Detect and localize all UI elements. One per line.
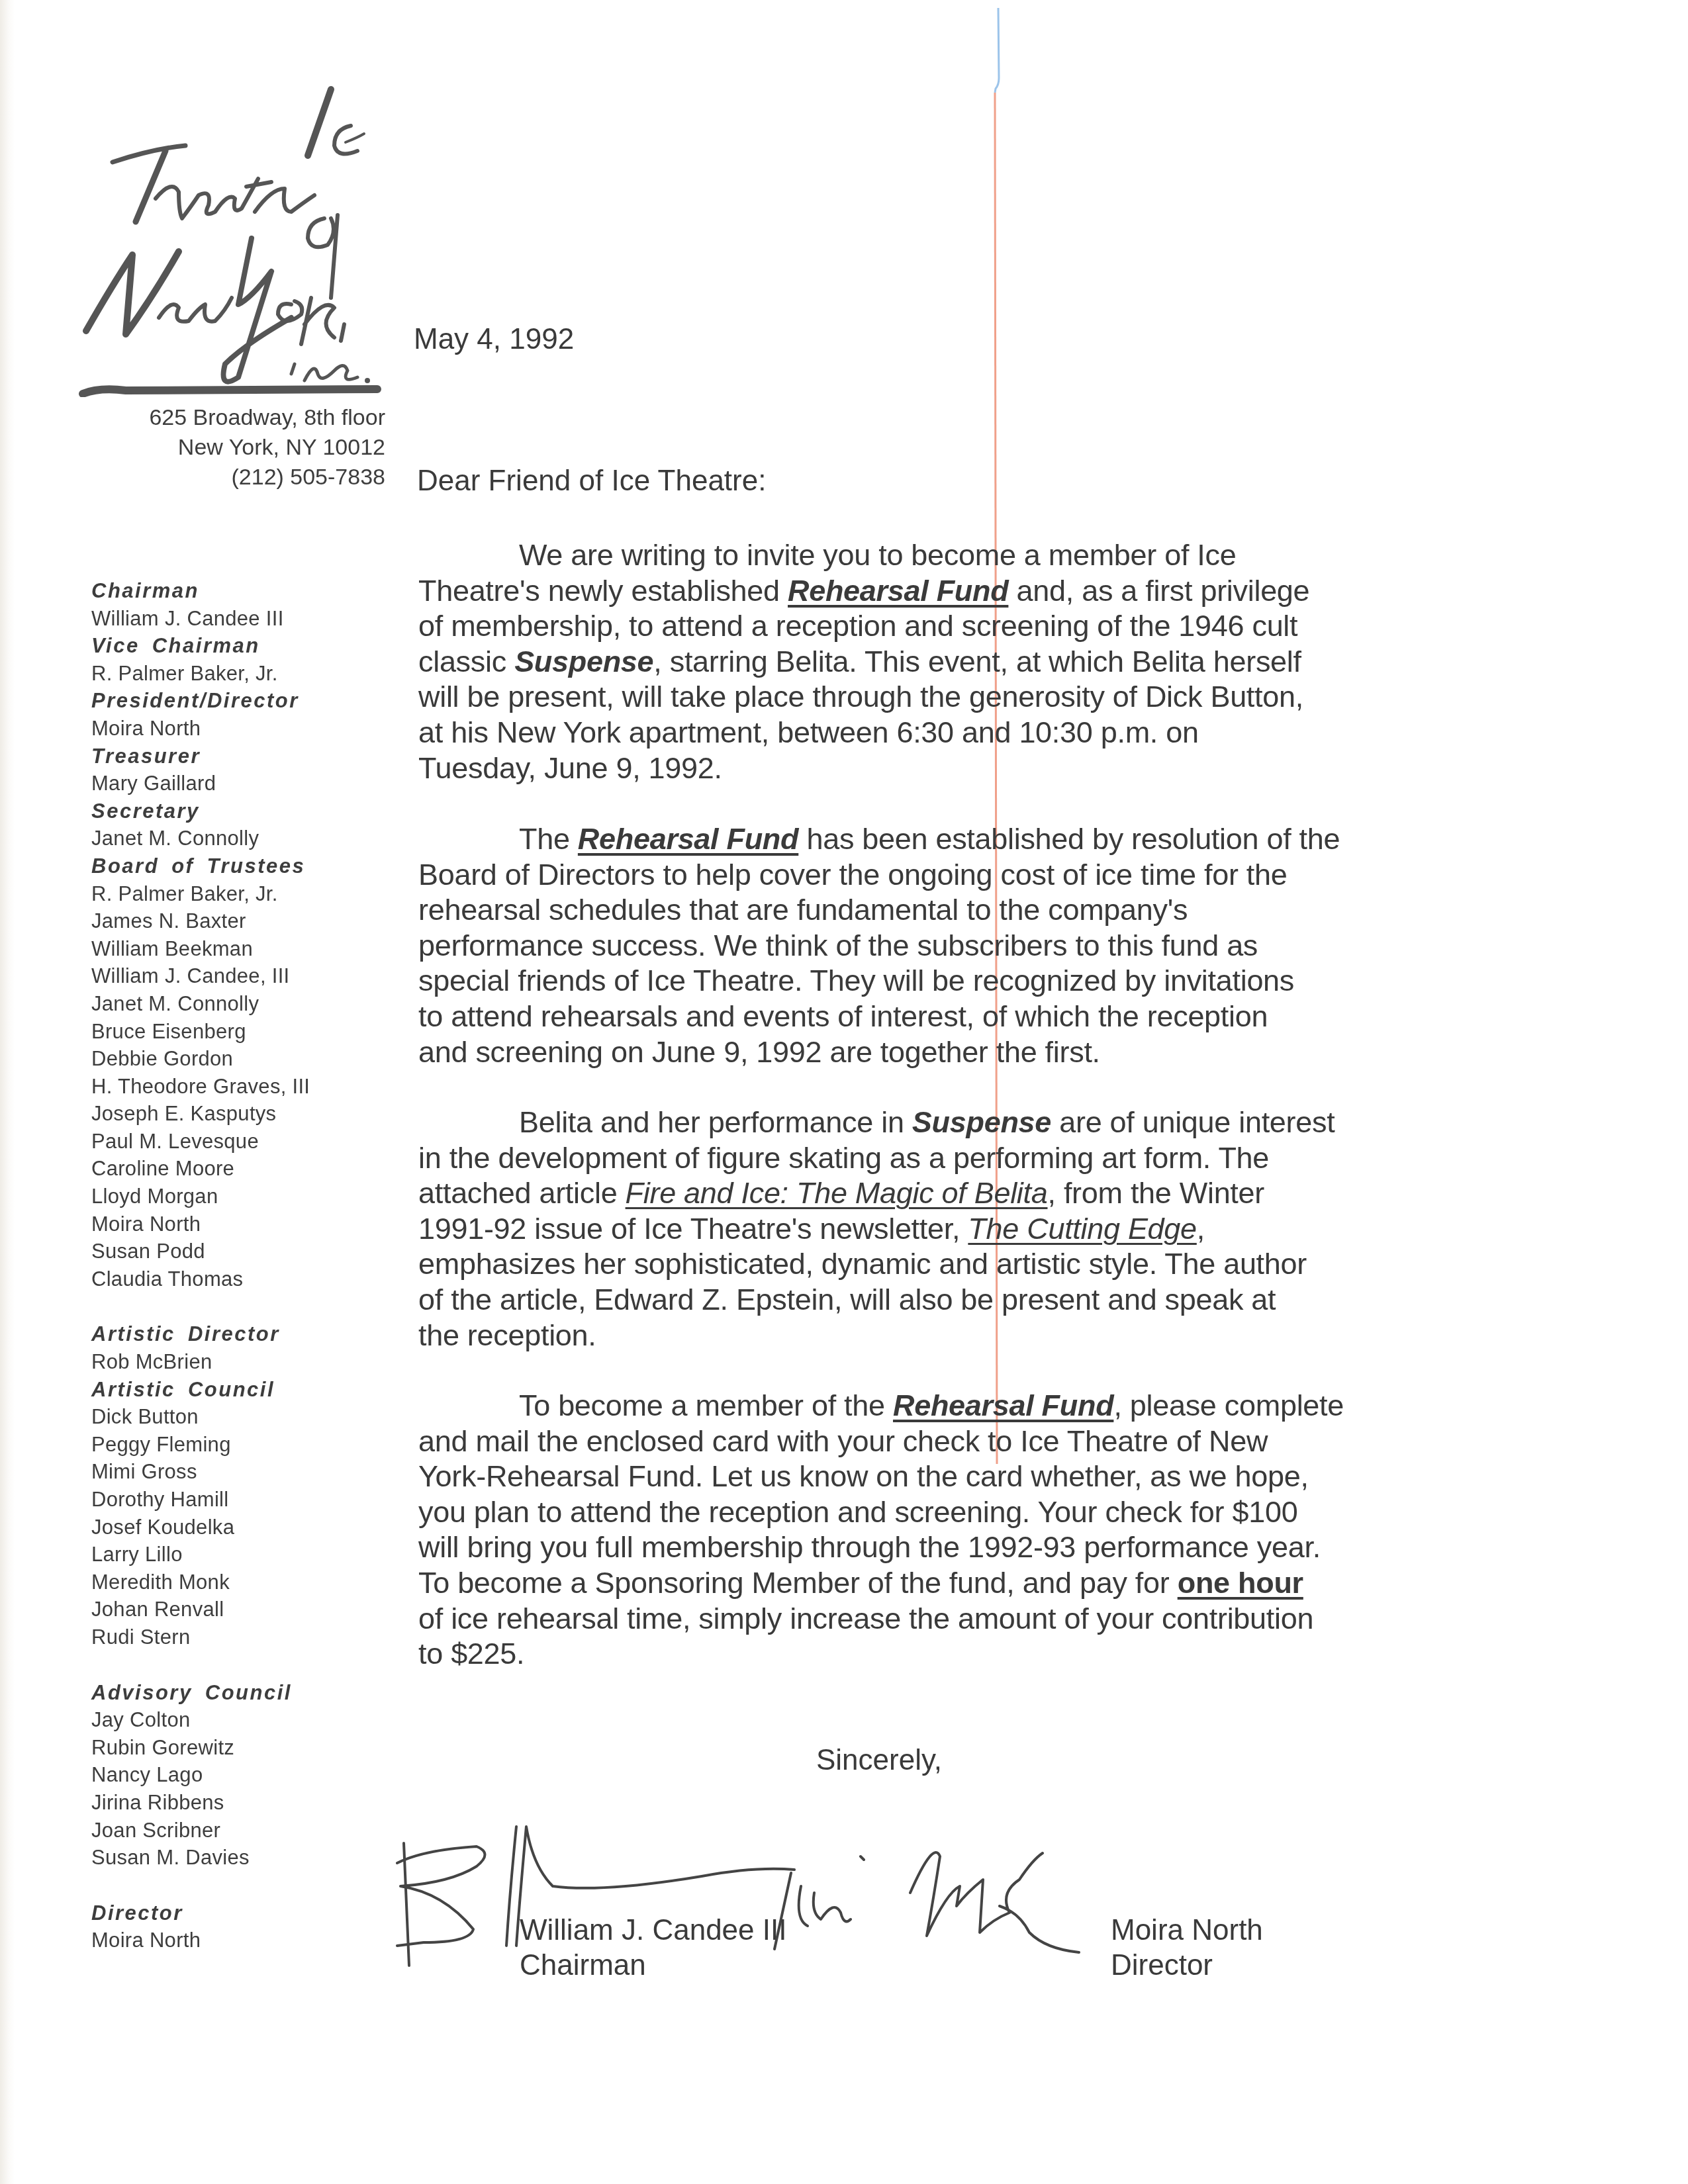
paragraph-line: to attend rehearsals and events of inter… — [418, 999, 1451, 1034]
ice-theatre-logo — [73, 79, 404, 397]
roster-member-name: Joseph E. Kasputys — [91, 1100, 396, 1128]
roster-member-name: H. Theodore Graves, III — [91, 1073, 396, 1101]
text-run: you plan to attend the reception and scr… — [418, 1495, 1297, 1529]
roster-role-heading: Board of Trustees — [91, 852, 396, 880]
closing: Sincerely, — [816, 1744, 942, 1777]
roster-role-heading: President/Director — [91, 687, 396, 715]
paragraph-4: To become a member of the Rehearsal Fund… — [418, 1388, 1451, 1672]
paragraph-line: and screening on June 9, 1992 are togeth… — [418, 1034, 1451, 1070]
roster-member-name: Bruce Eisenberg — [91, 1018, 396, 1046]
paragraph-line: to $225. — [418, 1636, 1451, 1672]
text-run: of the article, Edward Z. Epstein, will … — [418, 1283, 1276, 1316]
address-city: New York, NY 10012 — [178, 435, 385, 461]
roster-member-name: William J. Candee III — [91, 605, 396, 633]
roster-role-heading: Secretary — [91, 797, 396, 825]
paragraph-line: of ice rehearsal time, simply increase t… — [418, 1601, 1451, 1637]
signatory-name: William J. Candee III — [520, 1913, 786, 1948]
text-run: will be present, will take place through… — [418, 680, 1303, 713]
text-run: York-Rehearsal Fund. Let us know on the … — [418, 1459, 1309, 1493]
roster-member-name: Nancy Lago — [91, 1761, 396, 1789]
roster-member-name: Claudia Thomas — [91, 1265, 396, 1293]
text-run: , please complete — [1113, 1388, 1344, 1422]
roster-member-name: Peggy Fleming — [91, 1431, 396, 1459]
roster-role-heading: Treasurer — [91, 743, 396, 770]
emphasized-text: Rehearsal Fund — [893, 1388, 1113, 1422]
text-run: to attend rehearsals and events of inter… — [418, 999, 1268, 1033]
paragraph-line: you plan to attend the reception and scr… — [418, 1494, 1451, 1530]
paragraph-line: and mail the enclosed card with your che… — [418, 1424, 1451, 1459]
text-run: , starring Belita. This event, at which … — [653, 645, 1301, 678]
roster-member-name: Josef Koudelka — [91, 1514, 396, 1541]
text-run: attached article — [418, 1176, 626, 1210]
emphasized-text: The Cutting Edge — [968, 1212, 1196, 1246]
roster-member-name: Larry Lillo — [91, 1541, 396, 1569]
signatory-title: Chairman — [520, 1948, 786, 1983]
signatory-title: Director — [1111, 1948, 1263, 1983]
text-run: the reception. — [418, 1318, 596, 1352]
text-run: will bring you full membership through t… — [418, 1530, 1321, 1564]
roster-member-name: James N. Baxter — [91, 907, 396, 935]
emphasized-text: Suspense — [514, 645, 653, 678]
text-run: and mail the enclosed card with your che… — [418, 1424, 1268, 1458]
paragraph-line: To become a member of the Rehearsal Fund… — [418, 1388, 1451, 1424]
roster-member-name: Susan Podd — [91, 1238, 396, 1265]
paragraph-3: Belita and her performance in Suspense a… — [418, 1105, 1451, 1353]
paragraph-line: Belita and her performance in Suspense a… — [418, 1105, 1451, 1140]
paragraph-line: The Rehearsal Fund has been established … — [418, 821, 1451, 857]
paragraph-line: Board of Directors to help cover the ong… — [418, 857, 1451, 893]
letter-date: May 4, 1992 — [414, 323, 574, 356]
text-run: The — [519, 822, 578, 856]
roster-member-name: Dorothy Hamill — [91, 1486, 396, 1514]
text-run: special friends of Ice Theatre. They wil… — [418, 964, 1294, 997]
address-street: 625 Broadway, 8th floor — [149, 405, 385, 431]
signatory-name: Moira North — [1111, 1913, 1263, 1948]
text-run: at his New York apartment, between 6:30 … — [418, 715, 1199, 749]
roster-spacer — [91, 1872, 396, 1899]
text-run: To become a member of the — [519, 1388, 893, 1422]
text-run: To become a Sponsoring Member of the fun… — [418, 1566, 1178, 1600]
text-run: performance success. We think of the sub… — [418, 929, 1258, 962]
roster-role-heading: Vice Chairman — [91, 632, 396, 660]
emphasized-text: Suspense — [912, 1105, 1051, 1139]
paragraph-line: 1991-92 issue of Ice Theatre's newslette… — [418, 1211, 1451, 1247]
text-run: to $225. — [418, 1637, 524, 1670]
roster-member-name: Lloyd Morgan — [91, 1183, 396, 1210]
paragraph-1: We are writing to invite you to become a… — [418, 537, 1451, 786]
roster-member-name: Joan Scribner — [91, 1817, 396, 1844]
text-run: emphasizes her sophisticated, dynamic an… — [418, 1247, 1307, 1281]
roster-member-name: Moira North — [91, 1210, 396, 1238]
roster-role-heading: Chairman — [91, 577, 396, 605]
text-run: Board of Directors to help cover the ong… — [418, 858, 1288, 891]
roster-spacer — [91, 1651, 396, 1679]
text-run: classic — [418, 645, 514, 678]
roster-member-name: Meredith Monk — [91, 1569, 396, 1596]
salutation: Dear Friend of Ice Theatre: — [417, 465, 766, 498]
paragraph-line: performance success. We think of the sub… — [418, 928, 1451, 964]
paragraph-line: at his New York apartment, between 6:30 … — [418, 715, 1451, 751]
signatory-candee: William J. Candee III Chairman — [520, 1913, 786, 1983]
roster-member-name: Moira North — [91, 1927, 396, 1954]
roster-role-heading: Artistic Director — [91, 1320, 396, 1348]
roster-member-name: Jirina Ribbens — [91, 1789, 396, 1817]
emphasized-text: Rehearsal Fund — [788, 574, 1008, 608]
roster-member-name: Janet M. Connolly — [91, 825, 396, 852]
roster-role-heading: Director — [91, 1899, 396, 1927]
paragraph-line: emphasizes her sophisticated, dynamic an… — [418, 1246, 1451, 1282]
paper-edge-shadow — [0, 0, 15, 2184]
paragraph-line: in the development of figure skating as … — [418, 1140, 1451, 1176]
roster-member-name: R. Palmer Baker, Jr. — [91, 880, 396, 908]
roster-member-name: Janet M. Connolly — [91, 990, 396, 1018]
text-run: We are writing to invite you to become a… — [519, 538, 1236, 572]
roster-role-heading: Artistic Council — [91, 1376, 396, 1404]
paragraph-line: rehearsal schedules that are fundamental… — [418, 892, 1451, 928]
roster-member-name: Mimi Gross — [91, 1458, 396, 1486]
roster-member-name: Johan Renvall — [91, 1596, 396, 1623]
text-run: has been established by resolution of th… — [798, 822, 1340, 856]
roster-member-name: Susan M. Davies — [91, 1844, 396, 1872]
roster-member-name: Jay Colton — [91, 1706, 396, 1734]
text-run: in the development of figure skating as … — [418, 1141, 1269, 1175]
text-run: are of unique interest — [1051, 1105, 1335, 1139]
paragraph-line: attached article Fire and Ice: The Magic… — [418, 1175, 1451, 1211]
text-run: Theatre's newly established — [418, 574, 788, 608]
text-run: , — [1197, 1212, 1205, 1246]
roster-member-name: Debbie Gordon — [91, 1045, 396, 1073]
emphasized-text: Fire and Ice: The Magic of Belita — [626, 1176, 1048, 1210]
paragraph-line: special friends of Ice Theatre. They wil… — [418, 963, 1451, 999]
text-run: rehearsal schedules that are fundamental… — [418, 893, 1188, 927]
paragraph-line: will be present, will take place through… — [418, 679, 1451, 715]
roster-spacer — [91, 1293, 396, 1320]
roster-member-name: William J. Candee, III — [91, 962, 396, 990]
text-run: Belita and her performance in — [519, 1105, 912, 1139]
address-phone: (212) 505-7838 — [231, 465, 385, 490]
paragraph-line: classic Suspense, starring Belita. This … — [418, 644, 1451, 680]
roster-member-name: Moira North — [91, 715, 396, 743]
signatory-north: Moira North Director — [1111, 1913, 1263, 1983]
paragraph-line: the reception. — [418, 1318, 1451, 1353]
paragraph-line: of the article, Edward Z. Epstein, will … — [418, 1282, 1451, 1318]
roster-member-name: Caroline Moore — [91, 1155, 396, 1183]
text-run: , from the Winter — [1048, 1176, 1264, 1210]
roster-member-name: Paul M. Levesque — [91, 1128, 396, 1156]
emphasized-text: one hour — [1178, 1566, 1303, 1600]
roster-member-name: Rudi Stern — [91, 1623, 396, 1651]
text-run: and screening on June 9, 1992 are togeth… — [418, 1035, 1100, 1069]
paragraph-line: York-Rehearsal Fund. Let us know on the … — [418, 1459, 1451, 1494]
board-roster: ChairmanWilliam J. Candee IIIVice Chairm… — [91, 577, 396, 1954]
roster-role-heading: Advisory Council — [91, 1679, 396, 1707]
roster-member-name: William Beekman — [91, 935, 396, 963]
emphasized-text: Rehearsal Fund — [578, 822, 798, 856]
paragraph-line: of membership, to attend a reception and… — [418, 608, 1451, 644]
text-run: Tuesday, June 9, 1992. — [418, 751, 722, 785]
text-run: of membership, to attend a reception and… — [418, 609, 1297, 643]
text-run: and, as a first privilege — [1008, 574, 1309, 608]
roster-member-name: Rob McBrien — [91, 1348, 396, 1376]
roster-member-name: Mary Gaillard — [91, 770, 396, 797]
paragraph-line: Tuesday, June 9, 1992. — [418, 751, 1451, 786]
roster-member-name: Rubin Gorewitz — [91, 1734, 396, 1762]
paragraph-line: We are writing to invite you to become a… — [418, 537, 1451, 573]
paragraph-line: To become a Sponsoring Member of the fun… — [418, 1565, 1451, 1601]
roster-member-name: R. Palmer Baker, Jr. — [91, 660, 396, 688]
roster-member-name: Dick Button — [91, 1403, 396, 1431]
paragraph-2: The Rehearsal Fund has been established … — [418, 821, 1451, 1069]
paragraph-line: Theatre's newly established Rehearsal Fu… — [418, 573, 1451, 609]
text-run: 1991-92 issue of Ice Theatre's newslette… — [418, 1212, 968, 1246]
paragraph-line: will bring you full membership through t… — [418, 1529, 1451, 1565]
text-run: of ice rehearsal time, simply increase t… — [418, 1602, 1313, 1635]
